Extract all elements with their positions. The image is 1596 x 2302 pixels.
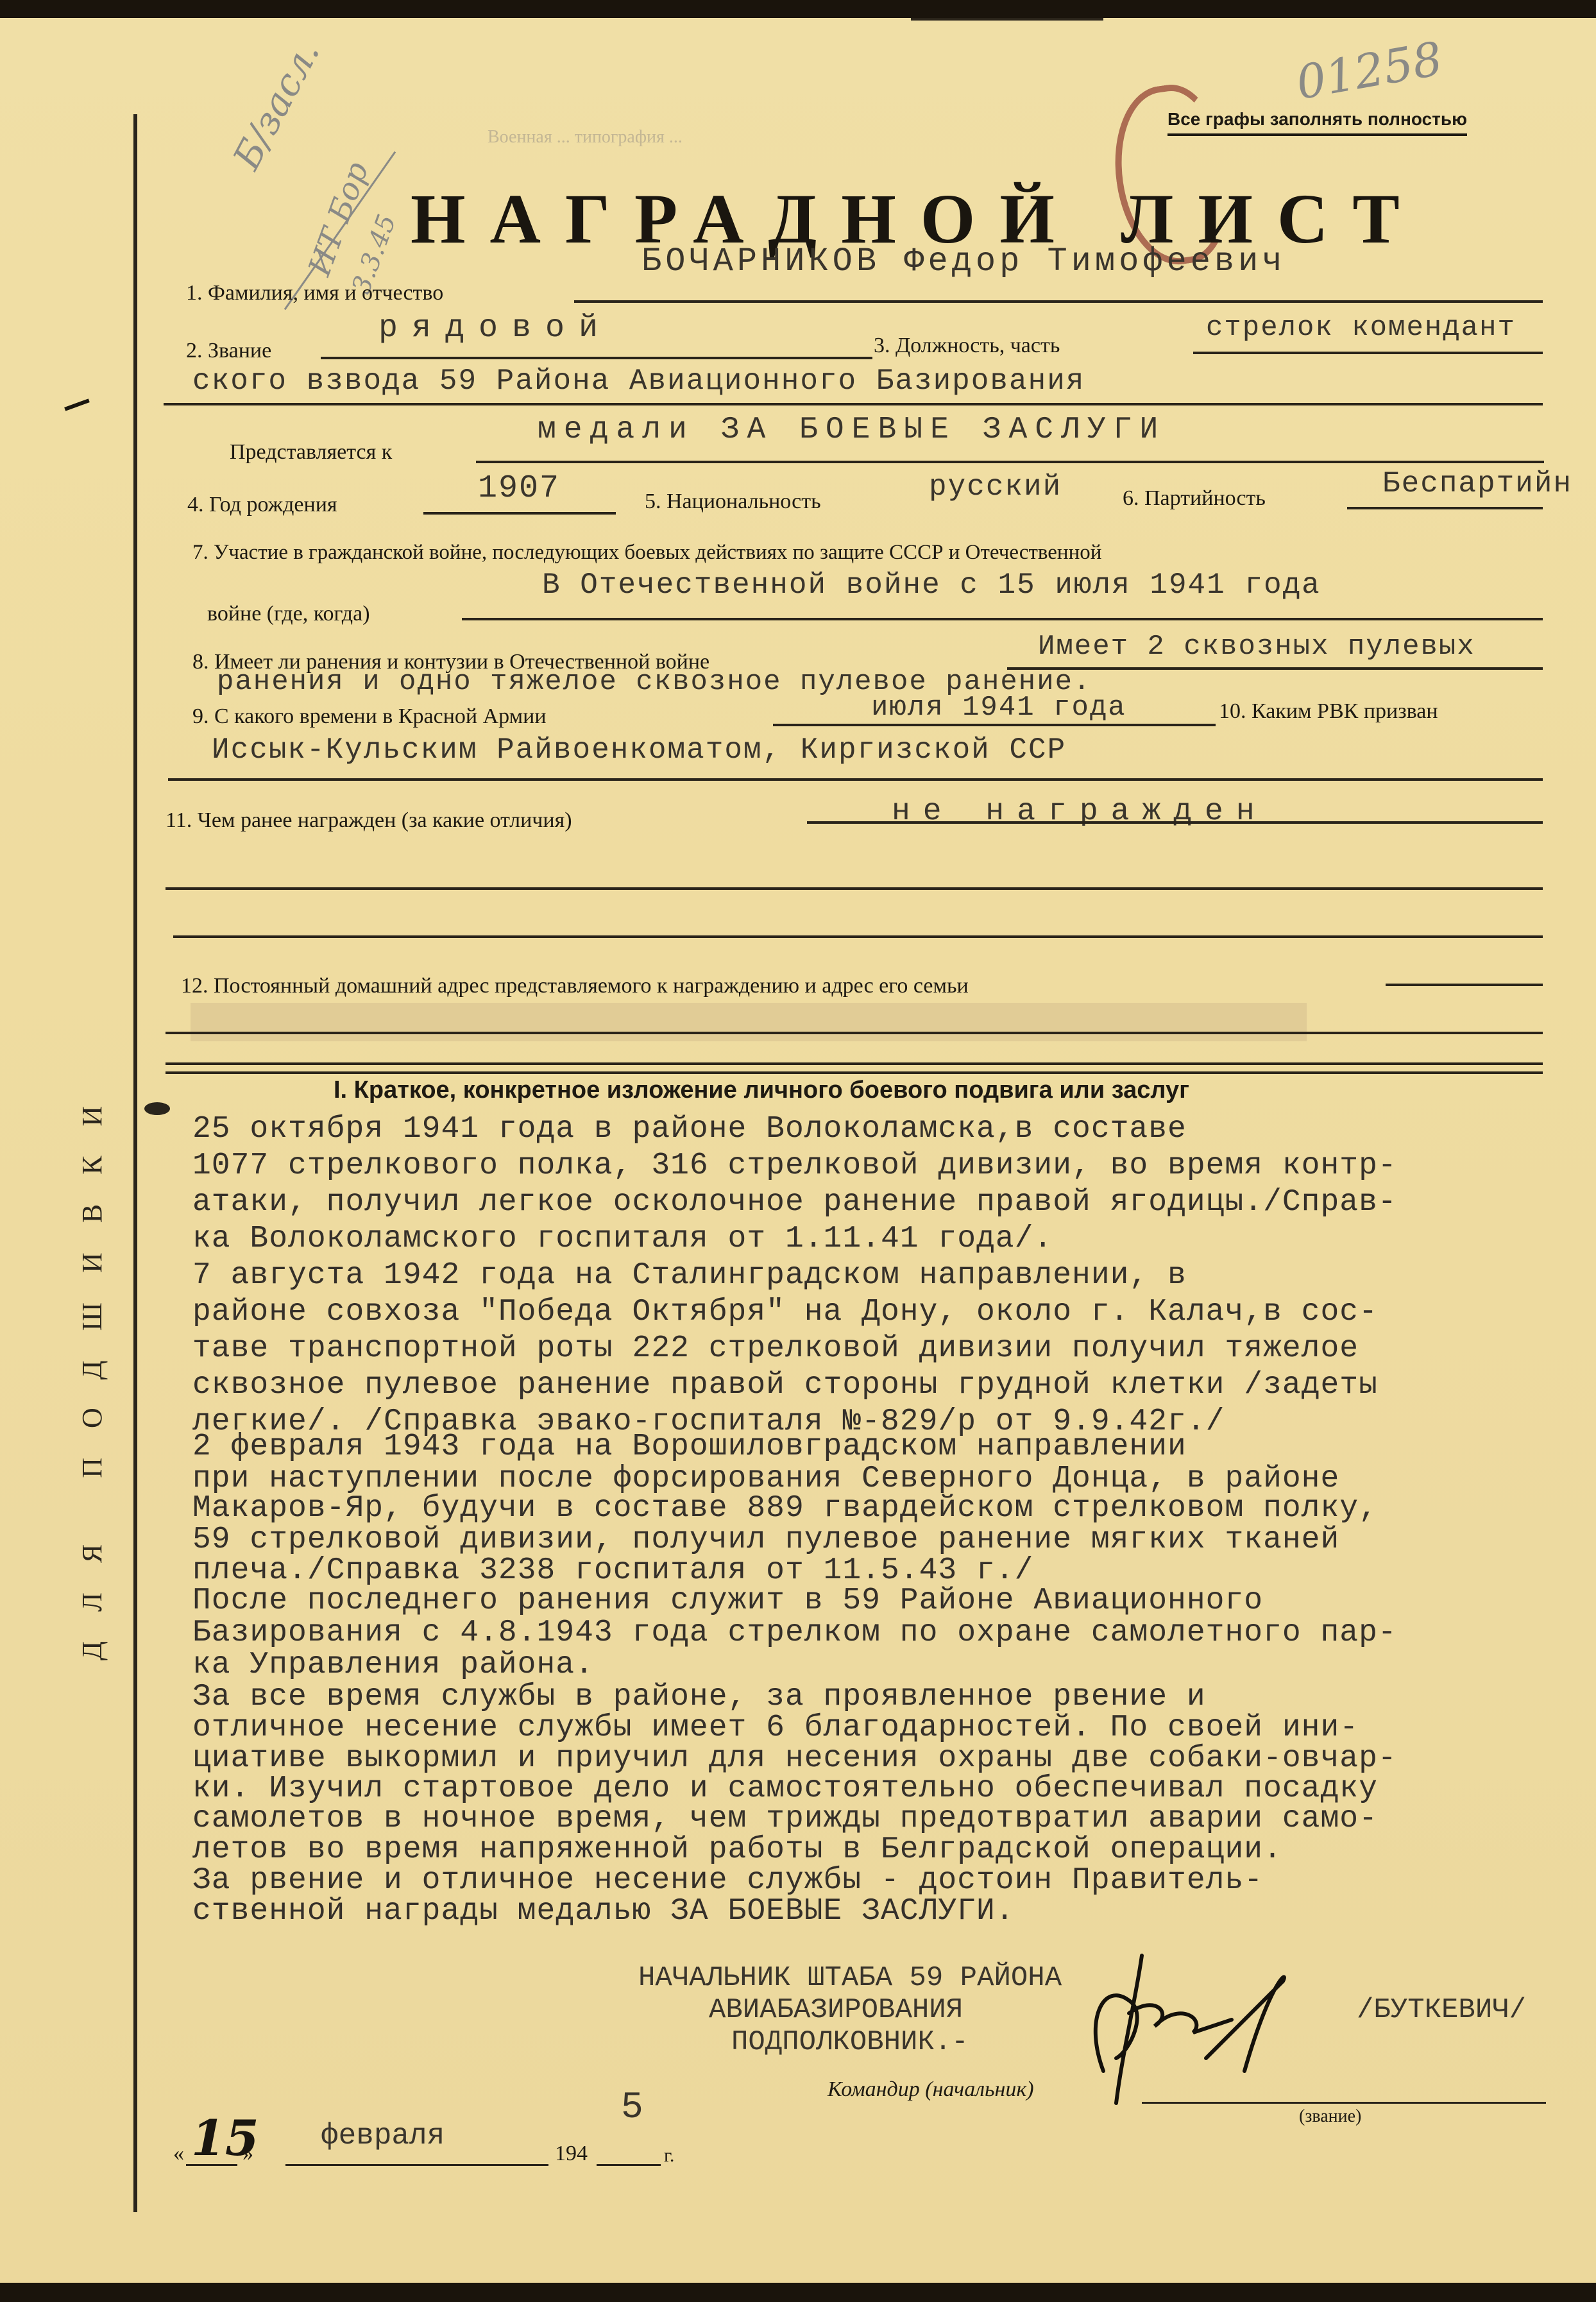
date-day-line xyxy=(186,2164,237,2166)
narrative-line: 2 февраля 1943 года на Ворошиловградском… xyxy=(192,1429,1187,1464)
date-year-prefix: 194 xyxy=(555,2142,588,2166)
field-5-value: русский xyxy=(929,470,1062,504)
field-6-line xyxy=(1347,507,1543,509)
nominated-line xyxy=(476,461,1544,463)
date-year-line xyxy=(597,2164,661,2166)
field-12-redacted-address xyxy=(191,1003,1307,1041)
field-7-label-line-1: 7. Участие в гражданской войне, последую… xyxy=(192,541,1101,565)
field-2-value: рядовой xyxy=(378,310,612,346)
field-3-line xyxy=(1193,352,1543,354)
narrative-line: циативе выкормил и приучил для несения о… xyxy=(192,1741,1397,1776)
field-11-extra-line-1 xyxy=(166,887,1543,890)
signer-surname: /БУТКЕВИЧ/ xyxy=(1357,1994,1526,2026)
nominated-value: медали ЗА БОЕВЫЕ ЗАСЛУГИ xyxy=(538,413,1166,447)
narrative-line: 25 октября 1941 года в районе Волоколамс… xyxy=(192,1112,1187,1147)
commander-label: Командир (начальник) xyxy=(828,2077,1034,2102)
field-2-label: 2. Звание xyxy=(186,339,271,363)
section-1-heading: I. Краткое, конкретное изложение личного… xyxy=(334,1077,1189,1104)
field-6-label: 6. Партийность xyxy=(1123,486,1266,511)
field-6-value: Беспартийн xyxy=(1382,467,1572,500)
field-7-line xyxy=(462,618,1543,620)
field-7-label-line-2: войне (где, когда) xyxy=(207,602,370,626)
commander-line xyxy=(1142,2102,1546,2104)
date-year-suffix: 5 xyxy=(621,2087,645,2129)
narrative-line: летов во время напряженной работы в Белг… xyxy=(192,1832,1282,1867)
field-12-label: 12. Постоянный домашний адрес представля… xyxy=(181,974,969,998)
nominated-label: Представляется к xyxy=(230,440,392,465)
narrative-line: ка Волоколамского госпиталя от 1.11.41 г… xyxy=(192,1222,1053,1256)
field-10-label: 10. Каким РВК призван xyxy=(1219,699,1438,724)
field-11-label: 11. Чем ранее награжден (за какие отличи… xyxy=(166,808,572,833)
narrative-line: ки. Изучил стартовое дело и самостоятель… xyxy=(192,1771,1378,1806)
field-3-value-continued: ского взвода 59 Района Авиационного Бази… xyxy=(192,364,1085,398)
narrative-line: Макаров-Яр, будучи в составе 889 гвардей… xyxy=(192,1491,1378,1526)
narrative-line: 1077 стрелкового полка, 316 стрелковой д… xyxy=(192,1148,1397,1183)
narrative-line: сквозное пулевое ранение правой стороны … xyxy=(192,1368,1378,1403)
award-sheet-page: Военная ... типография ... Все графы зап… xyxy=(0,18,1596,2283)
narrative-line: атаки, получил легкое осколочное ранение… xyxy=(192,1185,1397,1220)
field-7-value: В Отечественной войне с 15 июля 1941 год… xyxy=(542,568,1321,602)
section-divider-2 xyxy=(166,1071,1543,1074)
narrative-line: Базирования с 4.8.1943 года стрелком по … xyxy=(192,1616,1397,1650)
field-11-extra-line-2 xyxy=(173,935,1543,938)
narrative-line: ственной награды медалью ЗА БОЕВЫЕ ЗАСЛУ… xyxy=(192,1894,1015,1929)
field-8-value: Имеет 2 сквозных пулевых xyxy=(1038,631,1475,663)
field-3-label: 3. Должность, часть xyxy=(874,334,1060,358)
field-3-value: стрелок комендант xyxy=(1206,312,1516,344)
field-11-line xyxy=(807,821,1543,824)
field-10-line xyxy=(168,778,1543,781)
field-1-value: БОЧАРНИКОВ Федор Тимофеевич xyxy=(641,243,1286,280)
narrative-line: самолетов в ночное время, чем трижды пре… xyxy=(192,1802,1378,1836)
binding-vertical-label: ДЛЯ ПОДШИВКИ xyxy=(76,1077,108,1660)
field-10-value: Иссык-Кульским Райвоенкоматом, Киргизско… xyxy=(212,733,1066,767)
field-4-line xyxy=(423,512,616,515)
field-9-value: июля 1941 года xyxy=(871,692,1126,724)
date-year-mark: г. xyxy=(664,2145,674,2167)
date-month: февраля xyxy=(321,2119,445,2153)
date-month-line xyxy=(285,2164,548,2166)
field-9-label: 9. С какого времени в Красной Армии xyxy=(192,704,547,729)
field-4-label: 4. Год рождения xyxy=(187,493,337,517)
signer-position-line-3: ПОДПОЛКОВНИК.- xyxy=(731,2026,969,2058)
binding-margin-line xyxy=(133,114,137,2212)
punch-mark-top xyxy=(64,398,90,411)
archive-number-handwritten: 01258 xyxy=(1292,31,1446,110)
narrative-line: отличное несение службы имеет 6 благодар… xyxy=(192,1710,1359,1745)
narrative-line: ка Управления района. xyxy=(192,1648,594,1682)
field-2-line xyxy=(321,357,872,359)
field-5-label: 5. Национальность xyxy=(645,490,821,514)
date-close-quote: » xyxy=(242,2142,253,2166)
narrative-line: После последнего ранения служит в 59 Рай… xyxy=(192,1583,1263,1618)
field-1-line xyxy=(574,300,1543,303)
section-divider-1 xyxy=(166,1062,1543,1065)
punch-mark-middle xyxy=(144,1102,170,1115)
narrative-line: районе совхоза "Победа Октября" на Дону,… xyxy=(192,1295,1378,1329)
signer-position-line-1: НАЧАЛЬНИК ШТАБА 59 РАЙОНА xyxy=(638,1962,1062,1994)
narrative-line: За рвение и отличное несение службы - до… xyxy=(192,1863,1263,1898)
narrative-line: плеча./Справка 3238 госпиталя от 11.5.43… xyxy=(192,1553,1033,1588)
narrative-line: 59 стрелковой дивизии, получил пулевое р… xyxy=(192,1522,1339,1557)
narrative-line: таве транспортной роты 222 стрелковой ди… xyxy=(192,1331,1359,1366)
field-4-value: 1907 xyxy=(478,470,560,507)
handwritten-note-left-1: Б/засл. xyxy=(225,33,328,176)
field-3-line-2 xyxy=(164,403,1543,405)
signature-icon xyxy=(1078,1943,1309,2110)
field-12-line-2 xyxy=(166,1032,1543,1034)
field-5-line xyxy=(911,18,1103,21)
narrative-line: 7 августа 1942 года на Сталинградском на… xyxy=(192,1258,1187,1293)
field-9-line xyxy=(773,724,1216,726)
signer-position-line-2: АВИАБАЗИРОВАНИЯ xyxy=(709,1994,963,2026)
date-open-quote: « xyxy=(173,2142,184,2166)
faded-stamp: Военная ... типография ... xyxy=(488,127,683,148)
field-1-label: 1. Фамилия, имя и отчество xyxy=(186,281,443,305)
narrative-line: За все время службы в районе, за проявле… xyxy=(192,1680,1206,1714)
rank-caption: (звание) xyxy=(1299,2106,1361,2127)
field-12-line xyxy=(1386,984,1543,986)
